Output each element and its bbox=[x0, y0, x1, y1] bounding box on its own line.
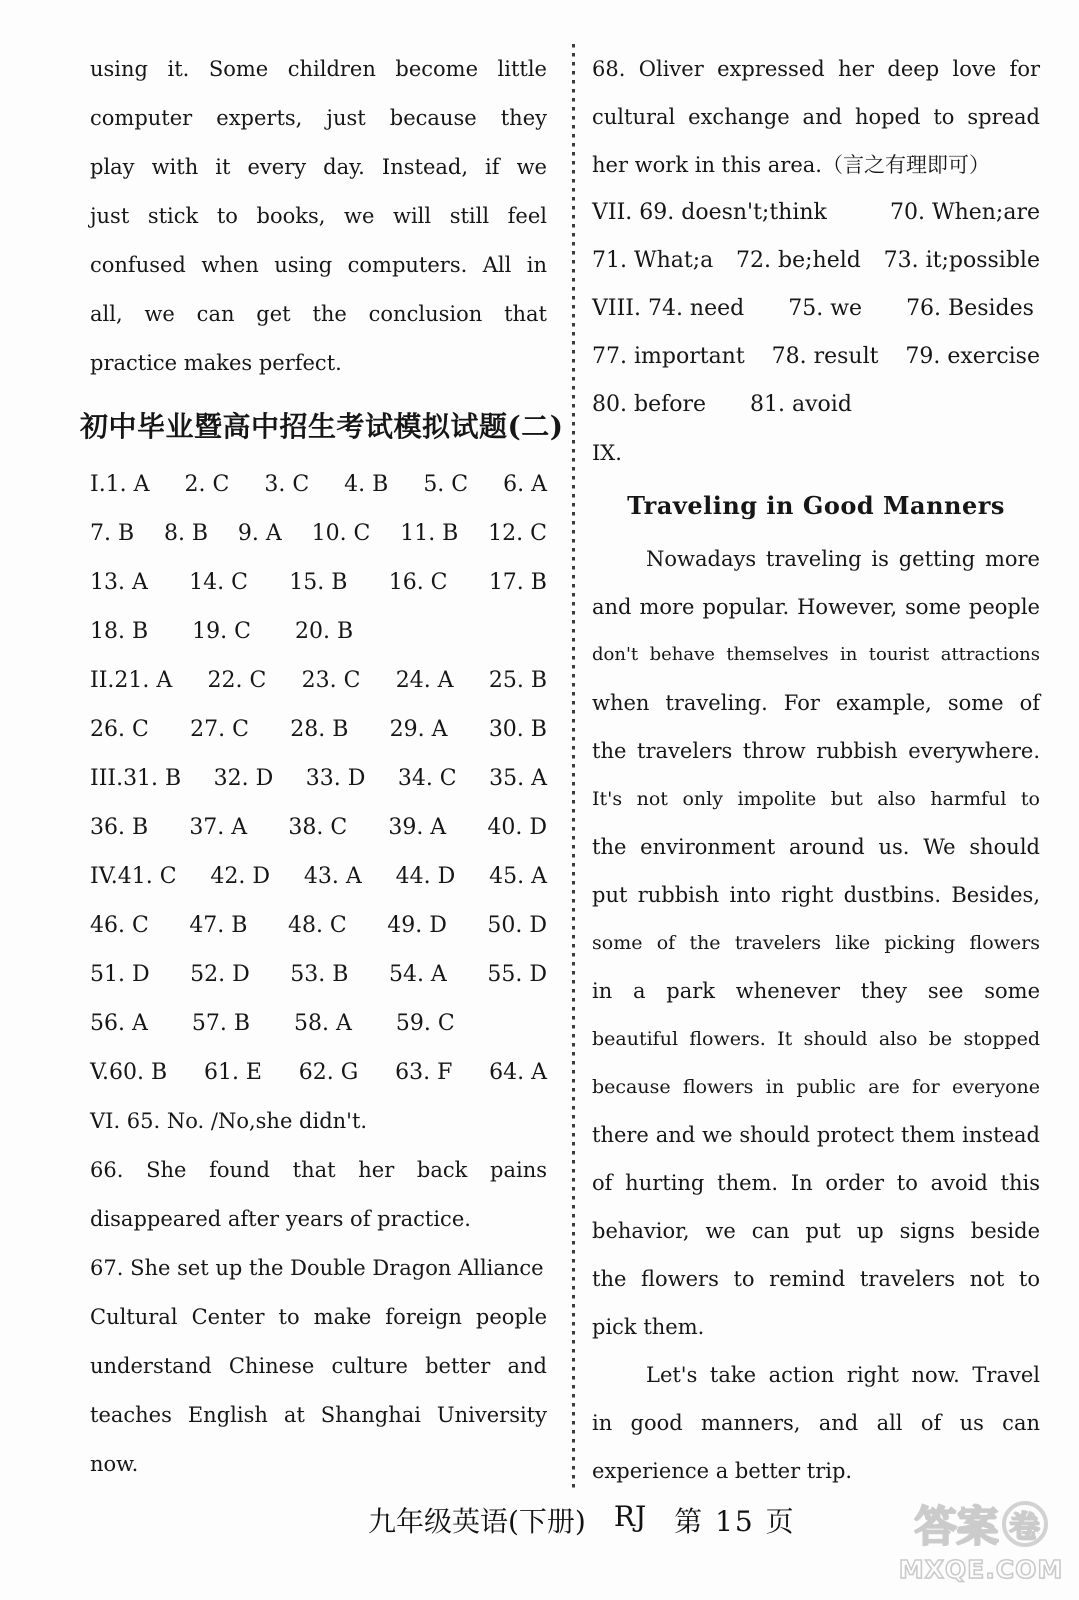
essay-line: 68. Oliver expressed her deep love for bbox=[592, 45, 1040, 93]
answer-line: V.60. B61. E62. G63. F64. A bbox=[90, 1048, 547, 1097]
answer-item: 3. C bbox=[264, 460, 309, 509]
answer-line: disappeared after years of practice. bbox=[90, 1195, 547, 1244]
essay-line: in a park whenever they see some bbox=[592, 967, 1040, 1015]
answer-line: 67. She set up the Double Dragon Allianc… bbox=[90, 1244, 547, 1293]
answer-line: 18. B19. C20. B bbox=[90, 607, 547, 656]
answer-item: 61. E bbox=[204, 1048, 262, 1097]
answer-line: understand Chinese culture better and bbox=[90, 1342, 547, 1391]
answer-item: 19. C bbox=[192, 607, 251, 656]
answer-item: 28. B bbox=[290, 705, 348, 754]
intro-paragraph: using it. Some children become littlecom… bbox=[90, 45, 547, 388]
essay-line: the travelers throw rubbish everywhere. bbox=[592, 727, 1040, 775]
answer-item: 26. C bbox=[90, 705, 149, 754]
essay-line: 71. What;a72. be;held73. it;possible bbox=[592, 237, 1040, 285]
answer-line: 46. C47. B48. C49. D50. D bbox=[90, 901, 547, 950]
answer-line: 66. She found that her back pains bbox=[90, 1146, 547, 1195]
paragraph-line: confused when using computers. All in bbox=[90, 241, 547, 290]
essay-line: and more popular. However, some people bbox=[592, 583, 1040, 631]
essay-line: when traveling. For example, some of bbox=[592, 679, 1040, 727]
answer-item: 27. C bbox=[190, 705, 249, 754]
answer-item: 8. B bbox=[164, 509, 208, 558]
answer-item: VIII. 74. need bbox=[592, 285, 744, 333]
answer-item: 43. A bbox=[304, 852, 362, 901]
answer-item: 55. D bbox=[487, 950, 547, 999]
answer-item: 46. C bbox=[90, 901, 149, 950]
section-heading: 初中毕业暨高中招生考试模拟试题(二) bbox=[80, 388, 547, 460]
answer-item: 32. D bbox=[214, 754, 274, 803]
answer-item: 81. avoid bbox=[750, 381, 852, 429]
answer-item: 10. C bbox=[312, 509, 371, 558]
answer-item: IV.41. C bbox=[90, 852, 177, 901]
answer-item: 22. C bbox=[208, 656, 267, 705]
answer-key-block: I.1. A2. C3. C4. B5. C6. A7. B8. B9. A10… bbox=[90, 460, 547, 1489]
paragraph-line: play with it every day. Instead, if we bbox=[90, 143, 547, 192]
column-divider-dotted-line bbox=[572, 44, 575, 1488]
answer-item: I.1. A bbox=[90, 460, 150, 509]
essay-line: some of the travelers like picking flowe… bbox=[592, 919, 1040, 967]
watermark-brand-text: 答案 bbox=[914, 1494, 998, 1554]
essay-line: put rubbish into right dustbins. Besides… bbox=[592, 871, 1040, 919]
essay-line: 77. important78. result79. exercise bbox=[592, 333, 1040, 381]
essay-line: because flowers in public are for everyo… bbox=[592, 1063, 1040, 1111]
answer-line: 51. D52. D53. B54. A55. D bbox=[90, 950, 547, 999]
answer-item: 20. B bbox=[295, 607, 353, 656]
answer-item: 11. B bbox=[400, 509, 458, 558]
answers-and-essay-block: 68. Oliver expressed her deep love forcu… bbox=[592, 45, 1040, 1495]
watermark-circled-character: 卷 bbox=[1002, 1501, 1048, 1547]
essay-title: Traveling in Good Manners bbox=[592, 477, 1040, 535]
answer-item: 76. Besides bbox=[906, 285, 1034, 333]
essay-line: don't behave themselves in tourist attra… bbox=[592, 631, 1040, 679]
answer-item: 45. A bbox=[489, 852, 547, 901]
answer-item: 24. A bbox=[396, 656, 454, 705]
paragraph-line: all, we can get the conclusion that bbox=[90, 290, 547, 339]
watermark-logo: 答案 卷 MXQE.COM bbox=[885, 1494, 1077, 1584]
essay-line: VII. 69. doesn't;think70. When;are bbox=[592, 189, 1040, 237]
answer-item: 29. A bbox=[390, 705, 448, 754]
essay-line: there and we should protect them instead bbox=[592, 1111, 1040, 1159]
answer-item: 15. B bbox=[289, 558, 347, 607]
answer-item: III.31. B bbox=[90, 754, 181, 803]
answer-item: VII. 69. doesn't;think bbox=[592, 189, 827, 237]
answer-item: 51. D bbox=[90, 950, 150, 999]
answer-item: 12. C bbox=[488, 509, 547, 558]
answer-item: 14. C bbox=[189, 558, 248, 607]
answer-item: 40. D bbox=[487, 803, 547, 852]
answer-item: 57. B bbox=[192, 999, 250, 1048]
answer-item: 16. C bbox=[389, 558, 448, 607]
answer-line: Cultural Center to make foreign people bbox=[90, 1293, 547, 1342]
answer-line: VI. 65. No. /No,she didn't. bbox=[90, 1097, 547, 1146]
essay-line: in good manners, and all of us can bbox=[592, 1399, 1040, 1447]
essay-line: It's not only impolite but also harmful … bbox=[592, 775, 1040, 823]
answer-item: 25. B bbox=[489, 656, 547, 705]
answer-item: 63. F bbox=[395, 1048, 452, 1097]
answer-item: 77. important bbox=[592, 333, 745, 381]
answer-item: 44. D bbox=[396, 852, 456, 901]
watermark-site-url: MXQE.COM bbox=[885, 1555, 1077, 1584]
answer-item: 75. we bbox=[788, 285, 862, 333]
answer-item: 30. B bbox=[489, 705, 547, 754]
paragraph-line: using it. Some children become little bbox=[90, 45, 547, 94]
answer-item: 56. A bbox=[90, 999, 148, 1048]
answer-item: 59. C bbox=[396, 999, 455, 1048]
watermark-brand: 答案 卷 bbox=[885, 1494, 1077, 1554]
answer-item: 53. B bbox=[290, 950, 348, 999]
answer-item: 50. D bbox=[487, 901, 547, 950]
answer-item: 52. D bbox=[190, 950, 250, 999]
answer-item: 18. B bbox=[90, 607, 148, 656]
answer-item: 78. result bbox=[772, 333, 879, 381]
answer-item: 37. A bbox=[189, 803, 247, 852]
answer-item: 62. G bbox=[299, 1048, 359, 1097]
answer-line: 13. A14. C15. B16. C17. B bbox=[90, 558, 547, 607]
answer-line: IV.41. C42. D43. A44. D45. A bbox=[90, 852, 547, 901]
answer-line: II.21. A22. C23. C24. A25. B bbox=[90, 656, 547, 705]
paragraph-line: just stick to books, we will still feel bbox=[90, 192, 547, 241]
answer-item: 23. C bbox=[302, 656, 361, 705]
answer-item: 2. C bbox=[185, 460, 230, 509]
paragraph-line: computer experts, just because they bbox=[90, 94, 547, 143]
answer-item: 6. A bbox=[503, 460, 547, 509]
essay-line: 80. before81. avoid bbox=[592, 381, 1040, 429]
answer-item: 36. B bbox=[90, 803, 148, 852]
answer-item: 42. D bbox=[210, 852, 270, 901]
answer-item: 38. C bbox=[288, 803, 347, 852]
answer-line: 26. C27. C28. B29. A30. B bbox=[90, 705, 547, 754]
answer-item: 64. A bbox=[489, 1048, 547, 1097]
answer-line: I.1. A2. C3. C4. B5. C6. A bbox=[90, 460, 547, 509]
footer-page-number: 第 15 页 bbox=[674, 1500, 795, 1540]
footer-book-title: 九年级英语(下册) bbox=[368, 1500, 586, 1540]
answer-line: III.31. B32. D33. D34. C35. A bbox=[90, 754, 547, 803]
left-column: using it. Some children become littlecom… bbox=[90, 45, 547, 1489]
essay-line: beautiful flowers. It should also be sto… bbox=[592, 1015, 1040, 1063]
answer-item: 39. A bbox=[388, 803, 446, 852]
essay-line: her work in this area.（言之有理即可） bbox=[592, 141, 1040, 189]
answer-item: 47. B bbox=[189, 901, 247, 950]
answer-item: 79. exercise bbox=[905, 333, 1040, 381]
answer-item: 58. A bbox=[294, 999, 352, 1048]
answer-item: 49. D bbox=[387, 901, 447, 950]
answer-item: 71. What;a bbox=[592, 237, 713, 285]
essay-line: cultural exchange and hoped to spread bbox=[592, 93, 1040, 141]
essay-line: behavior, we can put up signs beside bbox=[592, 1207, 1040, 1255]
essay-line: VIII. 74. need75. we76. Besides bbox=[592, 285, 1040, 333]
answer-item: 34. C bbox=[398, 754, 457, 803]
answer-line: 7. B8. B9. A10. C11. B12. C bbox=[90, 509, 547, 558]
answer-item: 9. A bbox=[238, 509, 282, 558]
answer-item: 5. C bbox=[423, 460, 468, 509]
essay-line: pick them. bbox=[592, 1303, 1040, 1351]
answer-item: V.60. B bbox=[90, 1048, 167, 1097]
answer-line: now. bbox=[90, 1440, 547, 1489]
essay-line: IX. bbox=[592, 429, 1040, 477]
answer-item: 7. B bbox=[90, 509, 134, 558]
answer-line: teaches English at Shanghai University bbox=[90, 1391, 547, 1440]
essay-line: of hurting them. In order to avoid this bbox=[592, 1159, 1040, 1207]
essay-line: Let's take action right now. Travel bbox=[592, 1351, 1040, 1399]
answer-line: 56. A57. B58. A59. C bbox=[90, 999, 547, 1048]
answer-item: 72. be;held bbox=[736, 237, 861, 285]
essay-line: experience a better trip. bbox=[592, 1447, 1040, 1495]
footer-edition: RJ bbox=[614, 1500, 646, 1540]
answer-item: 70. When;are bbox=[890, 189, 1040, 237]
paragraph-line: practice makes perfect. bbox=[90, 339, 547, 388]
answer-item: 54. A bbox=[389, 950, 447, 999]
answer-item: 73. it;possible bbox=[884, 237, 1040, 285]
page-footer: 九年级英语(下册) RJ 第 15 页 bbox=[368, 1500, 796, 1540]
right-column: 68. Oliver expressed her deep love forcu… bbox=[592, 45, 1040, 1495]
answer-item: 17. B bbox=[489, 558, 547, 607]
essay-line: Nowadays traveling is getting more bbox=[592, 535, 1040, 583]
answer-line: 36. B37. A38. C39. A40. D bbox=[90, 803, 547, 852]
answer-item: 48. C bbox=[288, 901, 347, 950]
answer-item: 80. before bbox=[592, 381, 706, 429]
answer-item: 35. A bbox=[489, 754, 547, 803]
answer-item: 4. B bbox=[344, 460, 388, 509]
essay-line: the flowers to remind travelers not to bbox=[592, 1255, 1040, 1303]
answer-item: II.21. A bbox=[90, 656, 172, 705]
answer-item: 33. D bbox=[306, 754, 366, 803]
scanned-answer-page: using it. Some children become littlecom… bbox=[0, 0, 1079, 1600]
essay-line: the environment around us. We should bbox=[592, 823, 1040, 871]
answer-item: 13. A bbox=[90, 558, 148, 607]
